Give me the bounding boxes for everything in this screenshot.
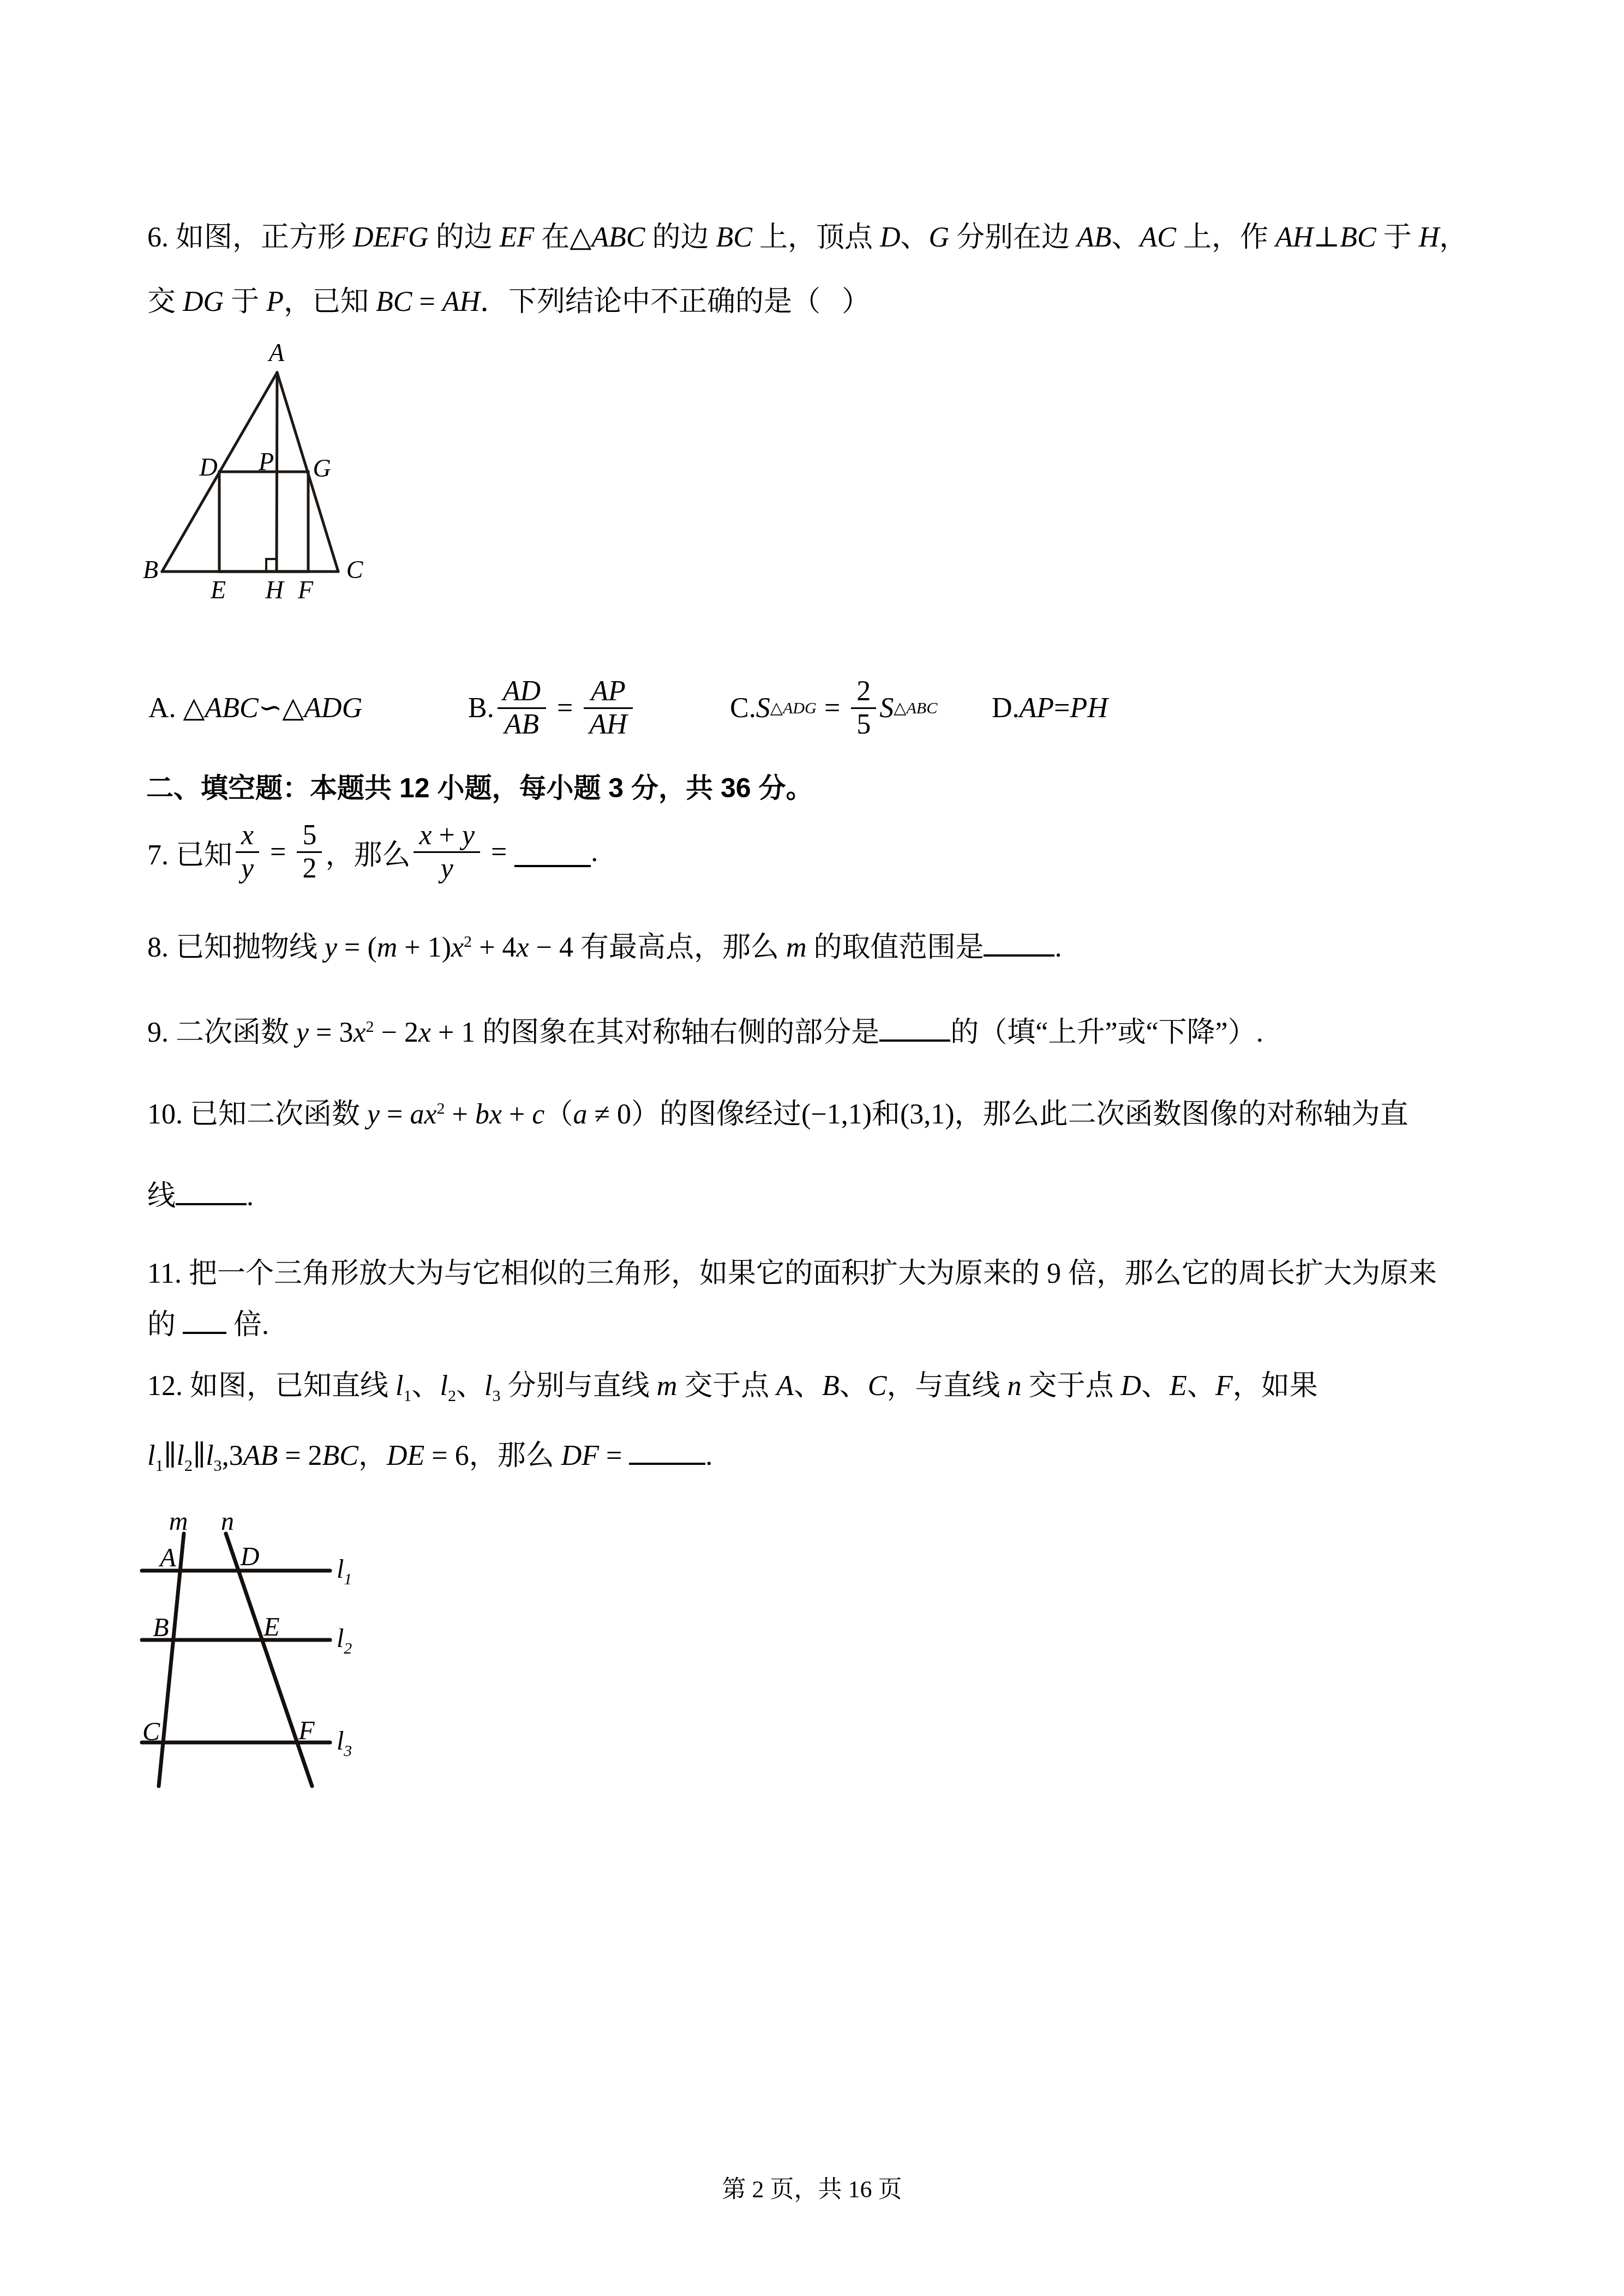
point-label-c: C [142,1717,160,1746]
vertex-label-a: A [267,339,285,366]
vertex-label-d: D [199,453,217,481]
option-d: D. AP = PH [992,672,1108,743]
question-6-line-1: 6. 如图，正方形 DEFG 的边 EF 在△ABC 的边 BC 上，顶点 D、… [147,214,1467,255]
question-10-line-1: 10. 已知二次函数 y = ax2 + bx + c（a ≠ 0）的图像经过(… [147,1091,1409,1132]
altitude-ah-line [277,372,277,572]
question-11-line-2: 的 倍. [147,1301,269,1342]
question-12-line-1: 12. 如图，已知直线 l1、l2、l3 分别与直线 m 交于点 A、B、C，与… [147,1362,1318,1403]
right-angle-mark [266,559,277,572]
point-label-h: H [265,576,285,604]
square-defg-outline [219,472,308,572]
point-label-d: D [240,1542,260,1571]
vertex-label-c: C [346,556,364,584]
vertex-label-b: B [143,556,158,584]
line-label-l3: l3 [337,1727,352,1760]
question-11-line-1: 11. 把一个三角形放大为与它相似的三角形，如果它的面积扩大为原来的 9 倍，那… [147,1250,1437,1291]
question-12-line-2: l1∥l2∥l3,3AB = 2BC，DE = 6，那么 DF = . [147,1432,712,1473]
question-6-line-2: 交 DG 于 P，已知 BC = AH．下列结论中不正确的是（ ） [147,278,870,319]
question-8: 8. 已知抛物线 y = (m + 1)x2 + 4x − 4 有最高点，那么 … [147,924,1062,965]
question-10-line-2: 线. [147,1173,254,1213]
option-a: A. △ABC∽△ADG [148,672,362,743]
point-label-b: B [153,1613,169,1642]
line-label-l2: l2 [337,1624,352,1657]
section-2-title: 二、填空题：本题共 12 小题，每小题 3 分，共 36 分。 [146,766,813,806]
point-label-p: P [258,448,274,476]
parallel-lines-figure: m n A D B E C F l1 l2 l3 [136,1511,376,1797]
vertex-label-g: G [313,454,331,482]
vertex-label-f: F [297,576,314,604]
option-c: C. S△ADG=25S△ABC [730,672,937,743]
option-b: B. ADAB=APAH [468,672,636,743]
exam-page: 6. 如图，正方形 DEFG 的边 EF 在△ABC 的边 BC 上，顶点 D、… [0,0,1624,2296]
point-label-a: A [158,1543,176,1572]
page-footer: 第 2 页，共 16 页 [0,2169,1624,2204]
point-label-f: F [298,1716,315,1745]
question-7: 7. 已知xy=52，那么x + yy=. [147,817,598,887]
vertex-label-e: E [210,576,226,604]
line-label-l1: l1 [337,1555,352,1588]
point-label-e: E [263,1613,279,1642]
question-9: 9. 二次函数 y = 3x2 − 2x + 1 的图象在其对称轴右侧的部分是的… [147,1009,1263,1050]
line-label-n: n [221,1507,234,1536]
triangle-figure: A B C D P G E H F [136,334,365,609]
triangle-figure-lines [162,372,338,572]
line-label-m: m [169,1507,188,1536]
